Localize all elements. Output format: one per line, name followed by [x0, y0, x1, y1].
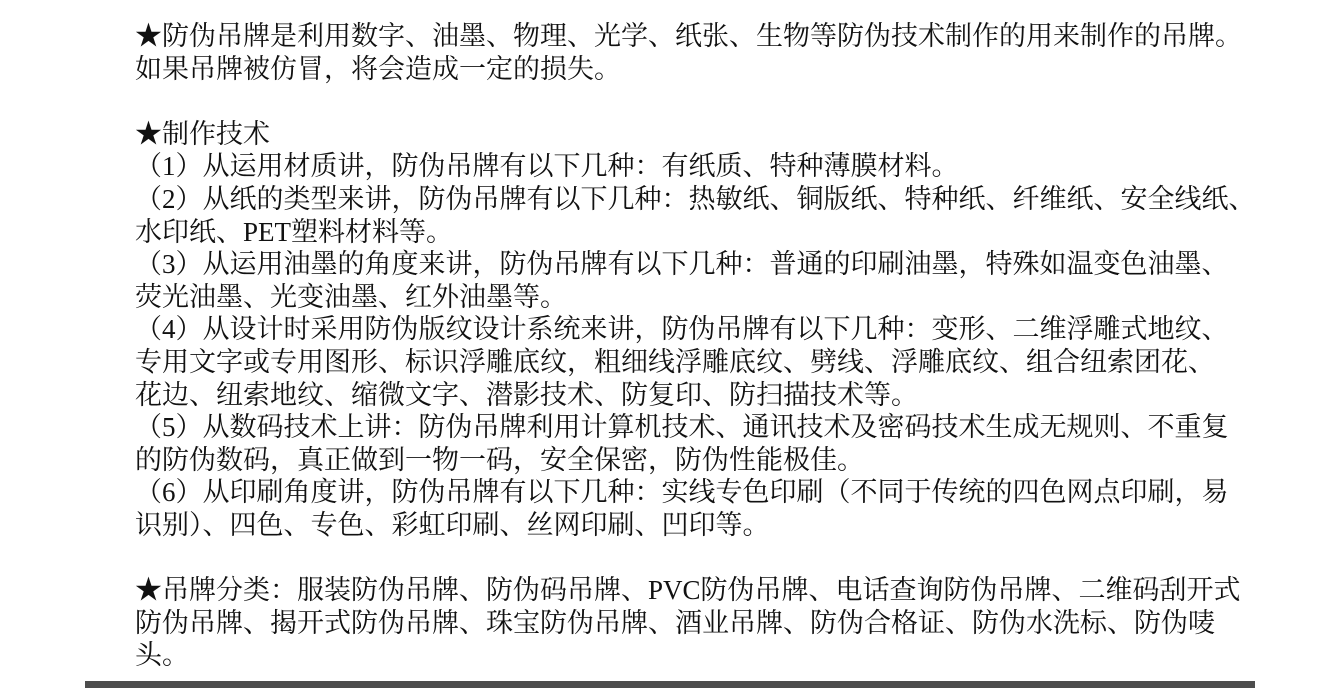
text-line [135, 85, 1295, 118]
text-line: （6）从印刷角度讲，防伪吊牌有以下几种：实线专色印刷（不同于传统的四色网点印刷，… [135, 476, 1295, 509]
document-text-block: ★防伪吊牌是利用数字、油墨、物理、光学、纸张、生物等防伪技术制作的用来制作的吊牌… [135, 20, 1295, 672]
text-line: ★吊牌分类：服装防伪吊牌、防伪码吊牌、PVC防伪吊牌、电话查询防伪吊牌、二维码刮… [135, 574, 1295, 607]
text-line [135, 542, 1295, 575]
text-line: （3）从运用油墨的角度来讲，防伪吊牌有以下几种：普通的印刷油墨，特殊如温变色油墨… [135, 248, 1295, 281]
document-page: ★防伪吊牌是利用数字、油墨、物理、光学、纸张、生物等防伪技术制作的用来制作的吊牌… [0, 0, 1322, 688]
text-line: 如果吊牌被仿冒，将会造成一定的损失。 [135, 53, 1295, 86]
text-line: （2）从纸的类型来讲，防伪吊牌有以下几种：热敏纸、铜版纸、特种纸、纤维纸、安全线… [135, 183, 1295, 216]
text-line: ★防伪吊牌是利用数字、油墨、物理、光学、纸张、生物等防伪技术制作的用来制作的吊牌… [135, 20, 1295, 53]
text-line: 花边、纽索地纹、缩微文字、潜影技术、防复印、防扫描技术等。 [135, 379, 1295, 412]
text-line: （4）从设计时采用防伪版纹设计系统来讲，防伪吊牌有以下几种：变形、二维浮雕式地纹… [135, 313, 1295, 346]
text-line: 的防伪数码，真正做到一物一码，安全保密，防伪性能极佳。 [135, 444, 1295, 477]
text-line: （5）从数码技术上讲：防伪吊牌利用计算机技术、通讯技术及密码技术生成无规则、不重… [135, 411, 1295, 444]
text-line: 识别）、四色、专色、彩虹印刷、丝网印刷、凹印等。 [135, 509, 1295, 542]
bottom-bar [85, 681, 1255, 688]
text-line: 头。 [135, 639, 1295, 672]
text-line: 专用文字或专用图形、标识浮雕底纹，粗细线浮雕底纹、劈线、浮雕底纹、组合纽索团花、 [135, 346, 1295, 379]
text-line: 防伪吊牌、揭开式防伪吊牌、珠宝防伪吊牌、酒业吊牌、防伪合格证、防伪水洗标、防伪唛 [135, 607, 1295, 640]
text-line: （1）从运用材质讲，防伪吊牌有以下几种：有纸质、特种薄膜材料。 [135, 150, 1295, 183]
text-line: 荧光油墨、光变油墨、红外油墨等。 [135, 281, 1295, 314]
text-line: ★制作技术 [135, 118, 1295, 151]
text-line: 水印纸、PET塑料材料等。 [135, 216, 1295, 249]
